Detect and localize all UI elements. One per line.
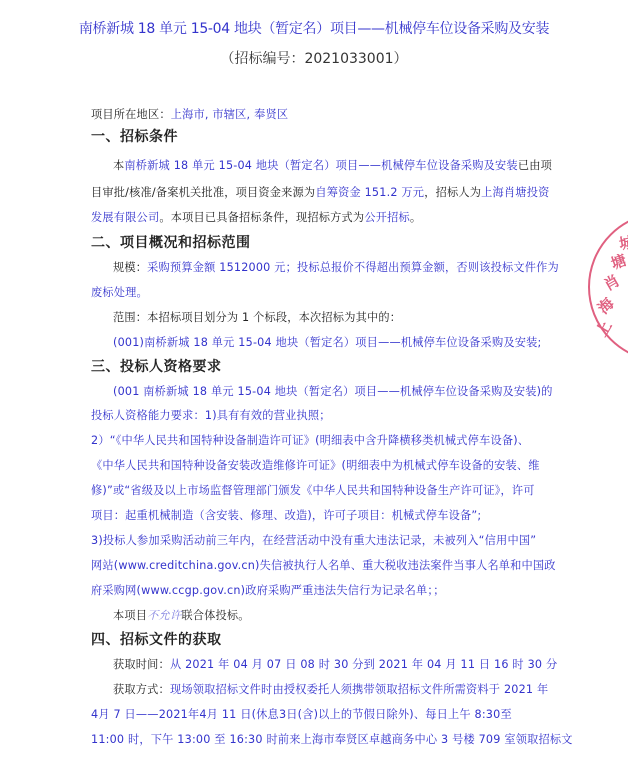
- section1-line1: 本南桥新城 18 单元 15-04 地块（暂定名）项目——机械停车位设备采购及安…: [91, 157, 552, 173]
- qual-line: 修)”或“省级及以上市场监督管理部门颁发《中华人民共和国特种设备生产许可证》，许…: [91, 482, 535, 498]
- project-location: 项目所在地区：上海市, 市辖区, 奉贤区: [91, 106, 288, 122]
- qual-line: 网站(www.creditchina.gov.cn)失信被执行人名单、重大税收违…: [91, 557, 556, 573]
- section1-line2: 目审批/核准/备案机关批准，项目资金来源为自筹资金 151.2 万元，招标人为上…: [91, 184, 549, 200]
- qual-line: 府采购网(www.ccgp.gov.cn)政府采购严重违法失信行为记录名单；；: [91, 582, 445, 598]
- qual-line: 项目：起重机械制造（含安装、修理、改造)，许可子项目：机械式停车设备”;: [91, 507, 481, 523]
- section-heading-4: 四、招标文件的获取: [91, 629, 222, 649]
- qual-line: 投标人资格能力要求：1)具有有效的营业执照；: [91, 407, 331, 423]
- section-heading-1: 一、招标条件: [91, 126, 178, 146]
- bid-number: （招标编号：2021033001）: [0, 48, 628, 68]
- acquire-time-line: 获取时间：从 2021 年 04 月 07 日 08 时 30 分到 2021 …: [91, 656, 557, 672]
- section1-line3: 发展有限公司。本项目已具备招标条件，现招标方式为公开招标。: [91, 209, 421, 225]
- scale-line: 规模：采购预算金额 1512000 元；投标总报价不得超出预算金额，否则该投标文…: [91, 259, 559, 275]
- section-heading-2: 二、项目概况和招标范围: [91, 232, 251, 252]
- scale-line-2: 废标处理。: [91, 284, 148, 300]
- qual-line: 2）“《中华人民共和国特种设备制造许可证》(明细表中含升降横移类机械式停车设备)…: [91, 432, 529, 448]
- qual-line: (001 南桥新城 18 单元 15-04 地块（暂定名）项目——机械停车位设备…: [91, 383, 553, 399]
- qual-line: 《中华人民共和国特种设备安装改造维修许可证》(明细表中为机械式停车设备的安装、维: [91, 457, 540, 473]
- scope-line: 范围：本招标项目划分为 1 个标段，本次招标为其中的：: [91, 309, 401, 325]
- qual-line: 3)投标人参加采购活动前三年内，在经营活动中没有重大违法记录，未被列入“信用中国…: [91, 532, 536, 548]
- acquire-method-line: 11:00 时，下午 13:00 至 16:30 时前来上海市奉贤区卓越商务中心…: [91, 731, 573, 747]
- acquire-method-line: 4月 7 日——2021年4月 11 日(休息3日(含)以上的节假日除外)、每日…: [91, 706, 512, 722]
- location-value: 上海市, 市辖区, 奉贤区: [171, 108, 289, 121]
- document-title: 南桥新城 18 单元 15-04 地块（暂定名）项目——机械停车位设备采购及安装: [0, 18, 628, 38]
- acquire-method-line: 获取方式：现场领取招标文件时由授权委托人须携带领取招标文件所需资料于 2021 …: [91, 681, 548, 697]
- lot-line: (001)南桥新城 18 单元 15-04 地块（暂定名）项目——机械停车位设备…: [91, 334, 541, 350]
- consortium-line: 本项目不允许联合体投标。: [91, 607, 250, 623]
- section-heading-3: 三、投标人资格要求: [91, 356, 222, 376]
